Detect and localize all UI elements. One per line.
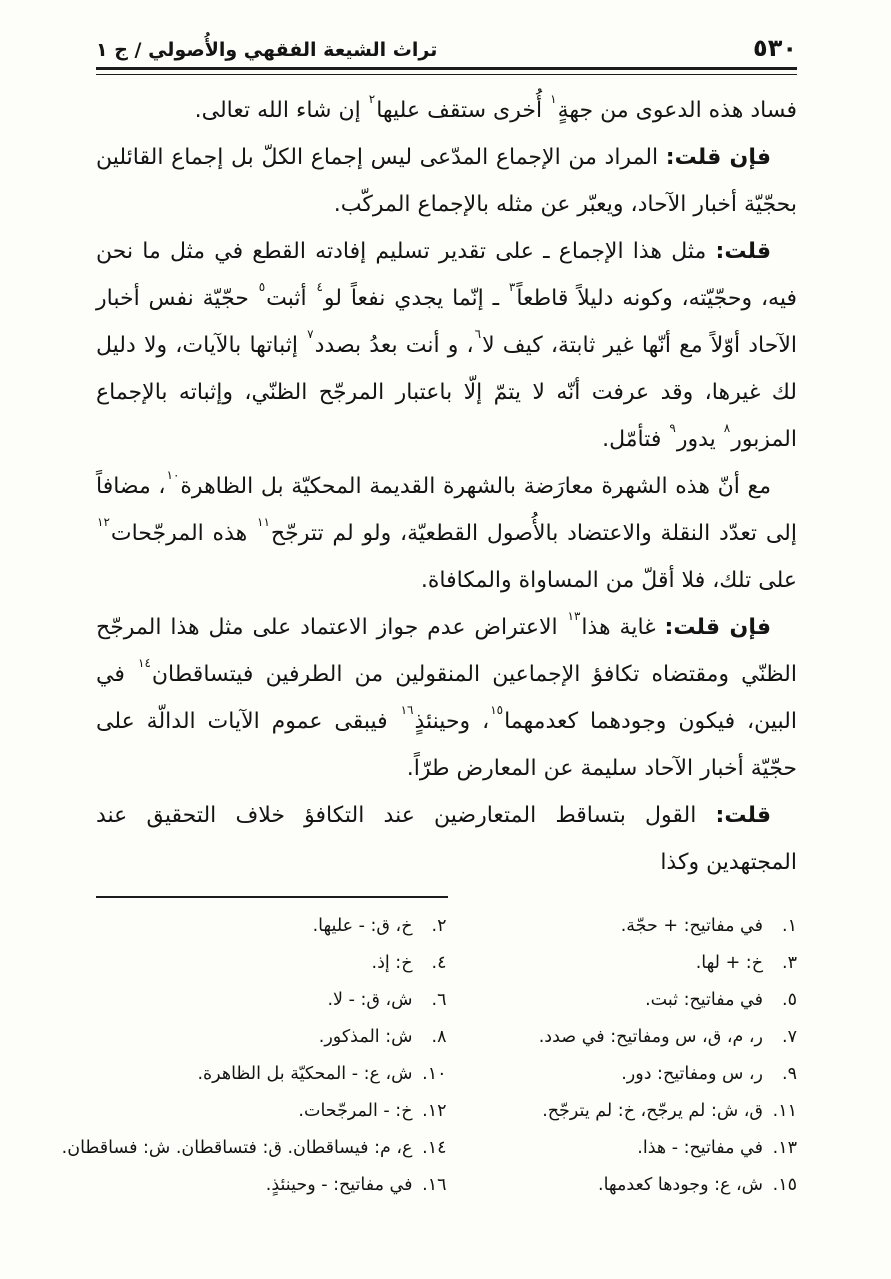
footnotes-right-column: ١.في مفاتيح: + حجّة.٣.خ: + لها.٥.في مفات… xyxy=(447,908,798,1204)
footnote-text: في مفاتيح: ثبت. xyxy=(645,990,763,1010)
footnote-marker: ١٢ xyxy=(97,515,110,529)
footnote-text: خ: + لها. xyxy=(696,953,763,973)
footnote-number: ١١. xyxy=(763,1093,797,1130)
footnote-text: ش، ع: - المحكيّة بل الظاهرة. xyxy=(197,1064,412,1084)
footnote-number: ١٢. xyxy=(413,1093,447,1130)
body-paragraph: مع أنّ هذه الشهرة معارَضة بالشهرة القديم… xyxy=(96,463,797,604)
footnote-text: خ، ق: - عليها. xyxy=(313,916,413,936)
footnote-text: في مفاتيح: - هذا. xyxy=(637,1138,763,1158)
header-rule xyxy=(96,67,797,75)
footnote-marker: ١ xyxy=(550,92,556,106)
footnote-number: ٤. xyxy=(413,945,447,982)
footnote-separator xyxy=(96,896,448,898)
footnote-text: في مفاتيح: - وحينئذٍ. xyxy=(266,1175,413,1195)
footnote-item: ١.في مفاتيح: + حجّة. xyxy=(461,908,798,945)
footnote-marker: ٦ xyxy=(475,327,481,341)
footnotes: ١.في مفاتيح: + حجّة.٣.خ: + لها.٥.في مفات… xyxy=(96,908,797,1204)
footnote-item: ١٦.في مفاتيح: - وحينئذٍ. xyxy=(98,1167,447,1204)
footnote-item: ٦.ش، ق: - لا. xyxy=(98,982,447,1019)
footnote-number: ١. xyxy=(763,908,797,945)
body-text: فساد هذه الدعوى من جهةٍ١ أُخرى ستقف عليه… xyxy=(96,87,797,886)
footnote-item: ١١.ق، ش: لم يرجّح، خ: لم يترجّح. xyxy=(461,1093,798,1130)
footnote-number: ٨. xyxy=(413,1019,447,1056)
footnote-item: ١٠.ش، ع: - المحكيّة بل الظاهرة. xyxy=(98,1056,447,1093)
footnote-marker: ٢ xyxy=(369,92,375,106)
footnote-text: ر، م، ق، س ومفاتيح: في صدد. xyxy=(539,1027,763,1047)
footnote-text: ش، ق: - لا. xyxy=(327,990,412,1010)
footnote-marker: ١٦ xyxy=(401,703,414,717)
footnote-marker: ٥ xyxy=(259,280,265,294)
footnote-number: ١٠. xyxy=(413,1056,447,1093)
footnote-marker: ١٥ xyxy=(490,703,503,717)
footnote-text: خ: - المرجّحات. xyxy=(298,1101,412,1121)
footnote-marker: ٩ xyxy=(669,421,675,435)
paragraph-lead: قلت: xyxy=(716,239,771,264)
footnote-item: ١٣.في مفاتيح: - هذا. xyxy=(461,1130,798,1167)
footnote-number: ١٦. xyxy=(413,1167,447,1204)
body-paragraph: فساد هذه الدعوى من جهةٍ١ أُخرى ستقف عليه… xyxy=(96,87,797,134)
footnote-number: ٢. xyxy=(413,908,447,945)
footnote-marker: ٧ xyxy=(307,327,313,341)
footnote-number: ١٤. xyxy=(413,1130,447,1167)
footnote-item: ٩.ر، س ومفاتيح: دور. xyxy=(461,1056,798,1093)
footnote-marker: ٣ xyxy=(509,280,515,294)
footnotes-left-column: ٢.خ، ق: - عليها.٤.خ: إذ.٦.ش، ق: - لا.٨.ش… xyxy=(96,908,447,1204)
footnote-text: ق، ش: لم يرجّح، خ: لم يترجّح. xyxy=(542,1101,763,1121)
book-page-scan: ٥٣٠ تراث الشيعة الفقهي والأُصولي / ج ١ ف… xyxy=(0,0,891,1279)
running-header: ٥٣٠ تراث الشيعة الفقهي والأُصولي / ج ١ xyxy=(96,34,797,62)
footnote-text: خ: إذ. xyxy=(372,953,413,973)
footnote-number: ١٥. xyxy=(763,1167,797,1204)
paragraph-lead: فإن قلت: xyxy=(666,145,771,170)
footnote-number: ٩. xyxy=(763,1056,797,1093)
body-paragraph: قلت: القول بتساقط المتعارضين عند التكافؤ… xyxy=(96,792,797,886)
footnote-text: ش، ع: وجودها كعدمها. xyxy=(598,1175,763,1195)
footnote-text: ر، س ومفاتيح: دور. xyxy=(621,1064,763,1084)
paragraph-lead: فإن قلت: xyxy=(665,615,771,640)
footnote-number: ٧. xyxy=(763,1019,797,1056)
footnote-number: ١٣. xyxy=(763,1130,797,1167)
paragraph-lead: قلت: xyxy=(716,803,771,828)
footnote-text: في مفاتيح: + حجّة. xyxy=(621,916,763,936)
body-paragraph: قلت: مثل هذا الإجماع ـ على تقدير تسليم إ… xyxy=(96,228,797,463)
footnote-item: ٥.في مفاتيح: ثبت. xyxy=(461,982,798,1019)
footnote-item: ٨.ش: المذكور. xyxy=(98,1019,447,1056)
footnote-marker: ٨ xyxy=(724,421,730,435)
footnote-text: ش: المذكور. xyxy=(319,1027,413,1047)
footnote-item: ١٤.ع، م: فيساقطان. ق: فتساقطان. ش: فساقط… xyxy=(98,1130,447,1167)
footnote-marker: ١٤ xyxy=(138,656,151,670)
footnote-item: ١٥.ش، ع: وجودها كعدمها. xyxy=(461,1167,798,1204)
footnote-item: ١٢.خ: - المرجّحات. xyxy=(98,1093,447,1130)
footnote-marker: ٤ xyxy=(316,280,322,294)
footnote-marker: ١٠ xyxy=(167,468,180,482)
body-paragraph: فإن قلت: غاية هذا١٣ الاعتراض عدم جواز ال… xyxy=(96,604,797,792)
footnote-text: ع، م: فيساقطان. ق: فتساقطان. ش: فساقطان. xyxy=(62,1138,413,1158)
footnote-item: ٣.خ: + لها. xyxy=(461,945,798,982)
footnote-item: ٤.خ: إذ. xyxy=(98,945,447,982)
footnote-number: ٦. xyxy=(413,982,447,1019)
footnote-marker: ١٣ xyxy=(568,609,581,623)
page-number: ٥٣٠ xyxy=(753,34,797,62)
footnote-number: ٣. xyxy=(763,945,797,982)
footnote-marker: ١١ xyxy=(257,515,270,529)
footnote-item: ٢.خ، ق: - عليها. xyxy=(98,908,447,945)
footnote-item: ٧.ر، م، ق، س ومفاتيح: في صدد. xyxy=(461,1019,798,1056)
body-paragraph: فإن قلت: المراد من الإجماع المدّعى ليس إ… xyxy=(96,134,797,228)
book-title: تراث الشيعة الفقهي والأُصولي / ج ١ xyxy=(96,39,437,61)
footnote-number: ٥. xyxy=(763,982,797,1019)
